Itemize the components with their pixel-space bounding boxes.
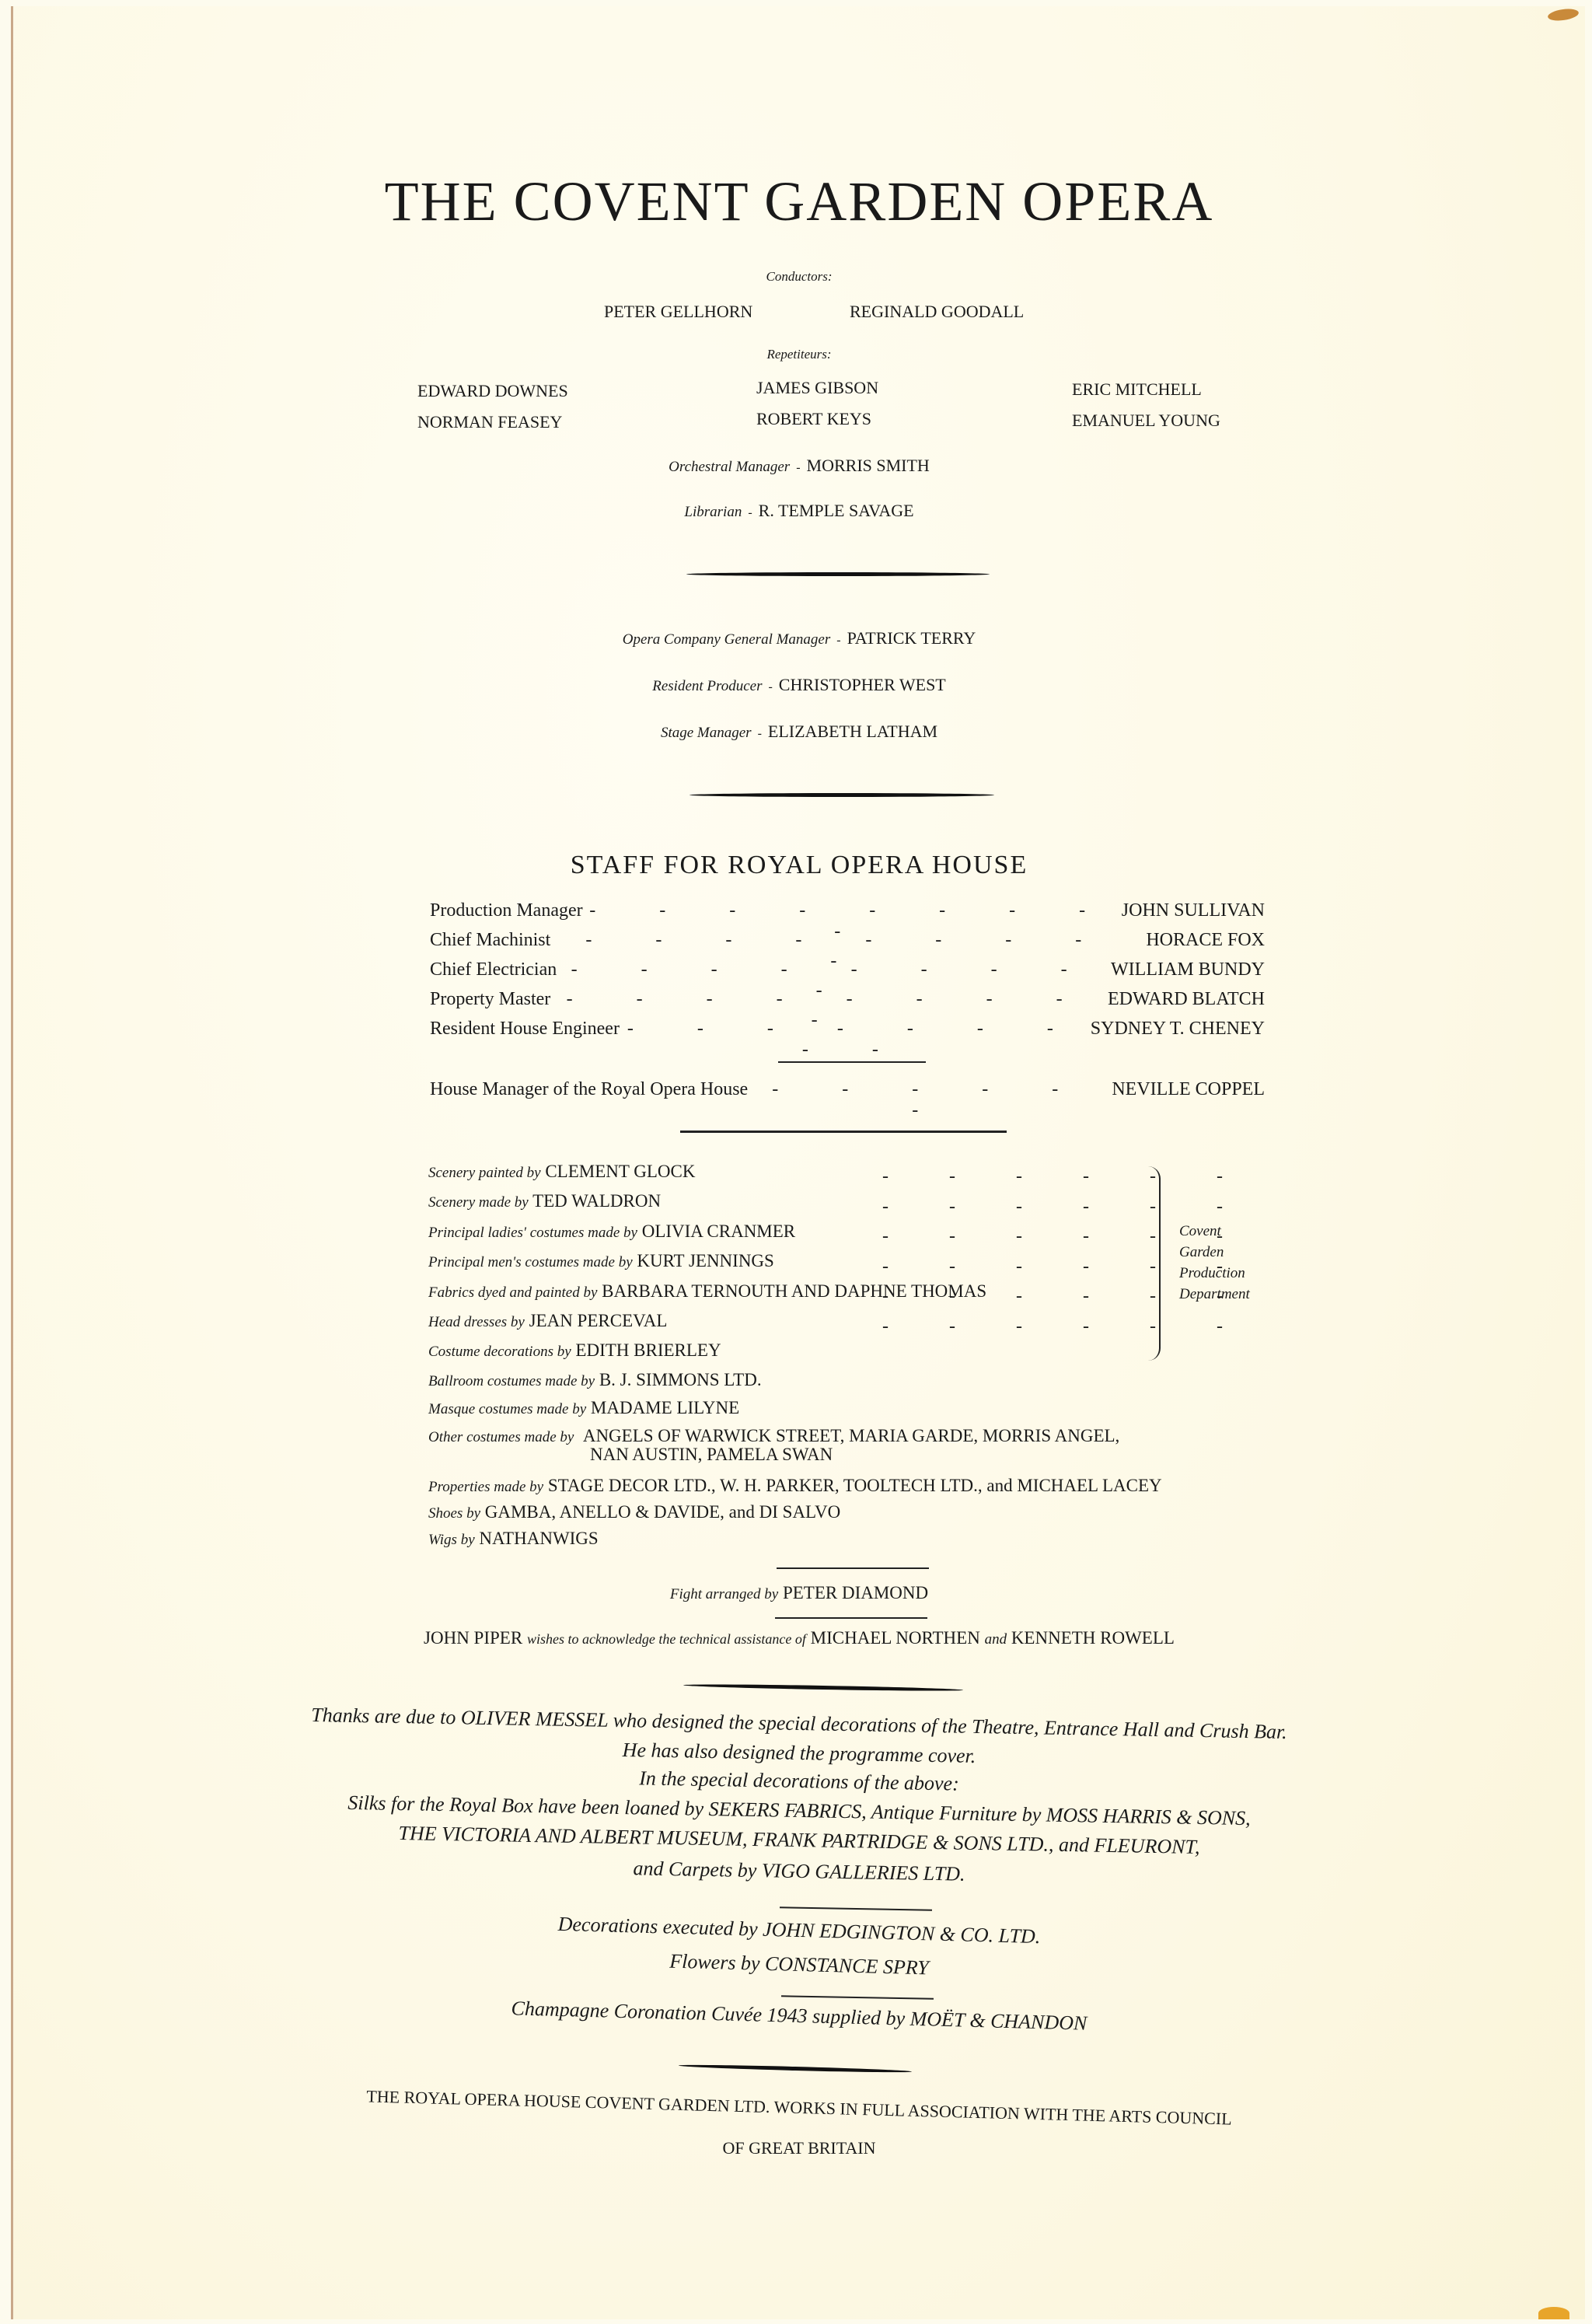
champagne-credit: Champagne Coronation Cuvée 1943 supplied… (13, 1984, 1585, 2049)
repetiteur-name: NORMAN FEASEY (417, 412, 562, 432)
credit-line: Properties made by STAGE DECOR LTD., W. … (428, 1476, 1162, 1496)
brace (1147, 1166, 1161, 1361)
staff-heading: STAFF FOR ROYAL OPERA HOUSE (13, 851, 1585, 880)
divider (690, 793, 994, 797)
piper-acknowledgement: JOHN PIPER wishes to acknowledge the tec… (13, 1628, 1585, 1648)
paper-stain (1538, 2307, 1569, 2319)
staff-row: Resident House Engineer- - - - - - - - -… (430, 1019, 1265, 1061)
credit-line: Principal men's costumes made by KURT JE… (428, 1251, 774, 1271)
page-title: THE COVENT GARDEN OPERA (13, 169, 1585, 234)
credit-line: Principal ladies' costumes made by OLIVI… (428, 1221, 795, 1242)
credit-line: Wigs by NATHANWIGS (428, 1529, 599, 1549)
divider (780, 1906, 932, 1910)
divider (679, 2064, 912, 2074)
repetiteur-name: JAMES GIBSON (756, 378, 878, 398)
credit-line: Scenery made by TED WALDRON (428, 1191, 661, 1211)
footer-line: THE ROYAL OPERA HOUSE COVENT GARDEN LTD.… (13, 2078, 1585, 2139)
credit-line: Ballroom costumes made by B. J. SIMMONS … (428, 1370, 762, 1390)
paper-stain (1547, 7, 1580, 22)
credit-line: Head dresses by JEAN PERCEVAL (428, 1311, 667, 1331)
resident-producer: Resident Producer - CHRISTOPHER WEST (13, 675, 1585, 695)
fight-credit: Fight arranged by PETER DIAMOND (13, 1583, 1585, 1603)
credit-line: Scenery painted by CLEMENT GLOCK (428, 1162, 695, 1182)
company-manager: Opera Company General Manager - PATRICK … (13, 628, 1585, 648)
programme-page: THE COVENT GARDEN OPERA Conductors: PETE… (11, 6, 1585, 2319)
divider (778, 1061, 926, 1063)
repetiteur-name: EDWARD DOWNES (417, 381, 568, 401)
house-manager-row: House Manager of the Royal Opera House- … (430, 1079, 1265, 1121)
repetiteurs-label: Repetiteurs: (13, 347, 1585, 362)
conductor-name: PETER GELLHORN (604, 302, 752, 322)
credit-line: Costume decorations by EDITH BRIERLEY (428, 1340, 721, 1361)
repetiteur-name: EMANUEL YOUNG (1072, 411, 1220, 431)
divider (781, 1995, 934, 1999)
divider (683, 1683, 963, 1692)
repetiteur-name: ROBERT KEYS (756, 409, 871, 429)
orchestral-manager: Orchestral Manager - MORRIS SMITH (13, 456, 1585, 476)
stage-manager: Stage Manager - ELIZABETH LATHAM (13, 722, 1585, 742)
librarian: Librarian - R. TEMPLE SAVAGE (13, 501, 1585, 521)
conductors-label: Conductors: (13, 269, 1585, 285)
department-label: CoventGardenProductionDepartment (1179, 1221, 1250, 1305)
divider (775, 1617, 927, 1619)
divider (777, 1567, 929, 1569)
credit-line: Masque costumes made by MADAME LILYNE (428, 1398, 739, 1418)
repetiteur-name: ERIC MITCHELL (1072, 379, 1202, 400)
credit-line: Other costumes made by ANGELS OF WARWICK… (428, 1426, 1119, 1446)
divider (680, 1131, 1007, 1133)
credit-line: Shoes by GAMBA, ANELLO & DAVIDE, and DI … (428, 1502, 840, 1522)
divider (686, 572, 990, 576)
credit-line-continued: NAN AUSTIN, PAMELA SWAN (590, 1445, 833, 1465)
footer-line: OF GREAT BRITAIN (13, 2138, 1585, 2158)
conductor-name: REGINALD GOODALL (850, 302, 1024, 322)
